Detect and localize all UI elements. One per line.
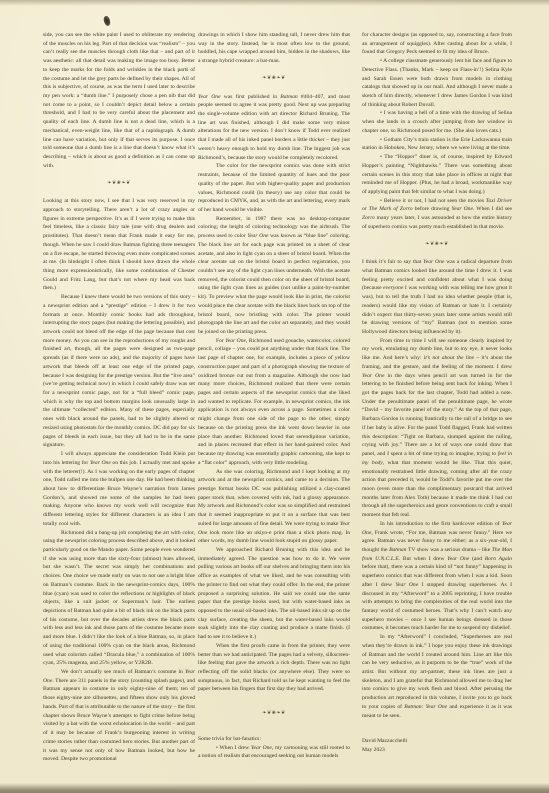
book-title: Batman [280,94,297,100]
book-title: Year One [198,94,221,100]
paragraph: Some trivia for bat-fanatics: [198,735,350,744]
text-run: I was working with was telling me how gr… [362,285,512,335]
paragraph: When the first proofs came in from the p… [198,642,350,694]
text-run: • When I drew [216,745,251,751]
paragraph: For Year One, Richmond used gouache, wat… [198,337,350,468]
text-run: before drawing [413,206,452,212]
paragraph: Remember, in 1987 there was no desktop-c… [198,215,350,337]
paragraph: The color for the newsprint comics was d… [198,162,350,214]
text-run: , what that moment would be like. That t… [362,460,512,518]
paragraph: I think it’s fair to say that Year One w… [362,258,512,336]
text-run: many years later, I was astounded at how… [362,215,512,230]
trivia-bullet: • When I drew Year One, my cartooning wa… [198,744,350,761]
paragraph: As she was coloring, Richmond and I kept… [198,468,350,546]
book-title: Year One [225,338,246,344]
book-title: Year One [451,206,472,212]
text-run: In my “Afterword” I concluded, “Superher… [362,634,512,710]
paragraph: We approached Richard Bruning with this … [198,546,350,642]
text-column-3: for character designs (as opposed to, sa… [362,31,512,755]
text-run: In his introduction to the first hardcov… [380,521,502,527]
movie-title: The Mark of Zorro [369,206,413,212]
signature-block: David Mazzucchelli May 2023 [362,737,512,754]
text-run: #404–407, and most people seemed to agre… [198,94,350,161]
paragraph: Richmond did a bang-up job completing th… [43,529,195,669]
text-run: • Believe it or not, I had not seen the … [380,198,486,204]
text-run: on this job. I actually met and spoke wi… [43,460,195,527]
book-title: Year One [423,259,444,265]
section-separator-ornament: ❧❦❀❧❦ [362,241,512,250]
movie-title: Taxi Driver [486,198,512,204]
text-run: in the days when pencil art was turned i… [362,373,512,457]
text-run: or [362,206,369,212]
text-column-2: drawings in which I show him standing ta… [198,31,350,761]
paragraph: In my “Afterword” I concluded, “Superher… [362,633,512,720]
book-title: Year One [90,460,111,466]
paragraph: drawings in which I show him standing ta… [198,31,350,66]
book-title: Year One [362,373,384,379]
show-title: Batman [389,547,406,553]
paragraph: In his introduction to the first hardcov… [362,520,512,633]
paragraph: for character designs (as opposed to, sa… [362,31,512,57]
text-run: (and [469,556,484,562]
trivia-bullet: • The “Hopper” diner is, of course, insp… [362,153,512,197]
text-run: For [216,338,225,344]
book-title: Year One [447,556,469,562]
text-run: I think it’s fair to say that [362,259,423,265]
book-title: Year One [247,233,268,239]
text-run: TV show was a serious drama – like [406,547,491,553]
book-title: Year One [251,745,272,751]
paragraph: I will always appreciate the considerati… [43,450,195,528]
paragraph: We don’t actually see much of Batman’s c… [43,668,195,764]
paragraph: Because I knew there would be two versio… [43,293,195,450]
book-title: Year One [395,582,418,588]
text-run: was first published in [221,94,281,100]
paragraph: Looking at this story now, I see that I … [43,197,195,293]
text-run: , Richmond used gouache, watercolor, col… [198,338,350,466]
section-separator-ornament: ❧❦❀❧❦ [198,710,350,719]
signature-date: May 2023 [362,746,512,755]
document-page: side, you can see the white paint I used… [0,0,549,793]
paragraph: From time to time I will see someone cle… [362,337,512,520]
text-run: We don’t actually see much of Batman’s c… [61,669,185,675]
book-title: Born Again [485,556,512,562]
text-run: But when I drew [400,556,447,562]
page-bottom-edge [0,783,549,793]
trivia-bullet: • I was having a hell of a time with the… [362,109,512,135]
emphasis: everyone [383,285,403,291]
movie-title: Zorro [362,215,375,221]
book-title: Batman: Year One [404,704,447,710]
trivia-bullet: • Believe it or not, I had not seen the … [362,197,512,232]
text-column-1: side, you can see the white paint I used… [43,31,195,764]
text-run: As she was coloring, Richmond and I kept… [198,469,350,527]
section-separator-ornament: ❧❦❀❧❦ [43,180,195,189]
trivia-bullet: • A college classmate generously lent hi… [362,57,512,109]
text-run: was known as “blue line” coloring. The b… [198,233,350,335]
trivia-bullet: • Gotham City’s train station is the Eri… [362,136,512,153]
paragraph: side, you can see the white paint I used… [43,31,195,171]
emphasis: it’s not about the line [424,355,474,361]
section-separator-ornament: ❧❦❀❧❦ [198,75,350,84]
text-run: . There are 311 panels in the story (cou… [43,678,195,762]
text-run: . When I did see [473,206,512,212]
text-run: I stopped drawing superheroes. As I disc… [362,582,512,632]
author-name: David Mazzucchelli [362,737,512,746]
page-top-shadow [0,0,549,6]
paragraph: Year One was first published in Batman #… [198,93,350,163]
text-run: look more like an ukiyo-e print than a s… [198,530,350,545]
ink-blot-mark [103,15,112,26]
